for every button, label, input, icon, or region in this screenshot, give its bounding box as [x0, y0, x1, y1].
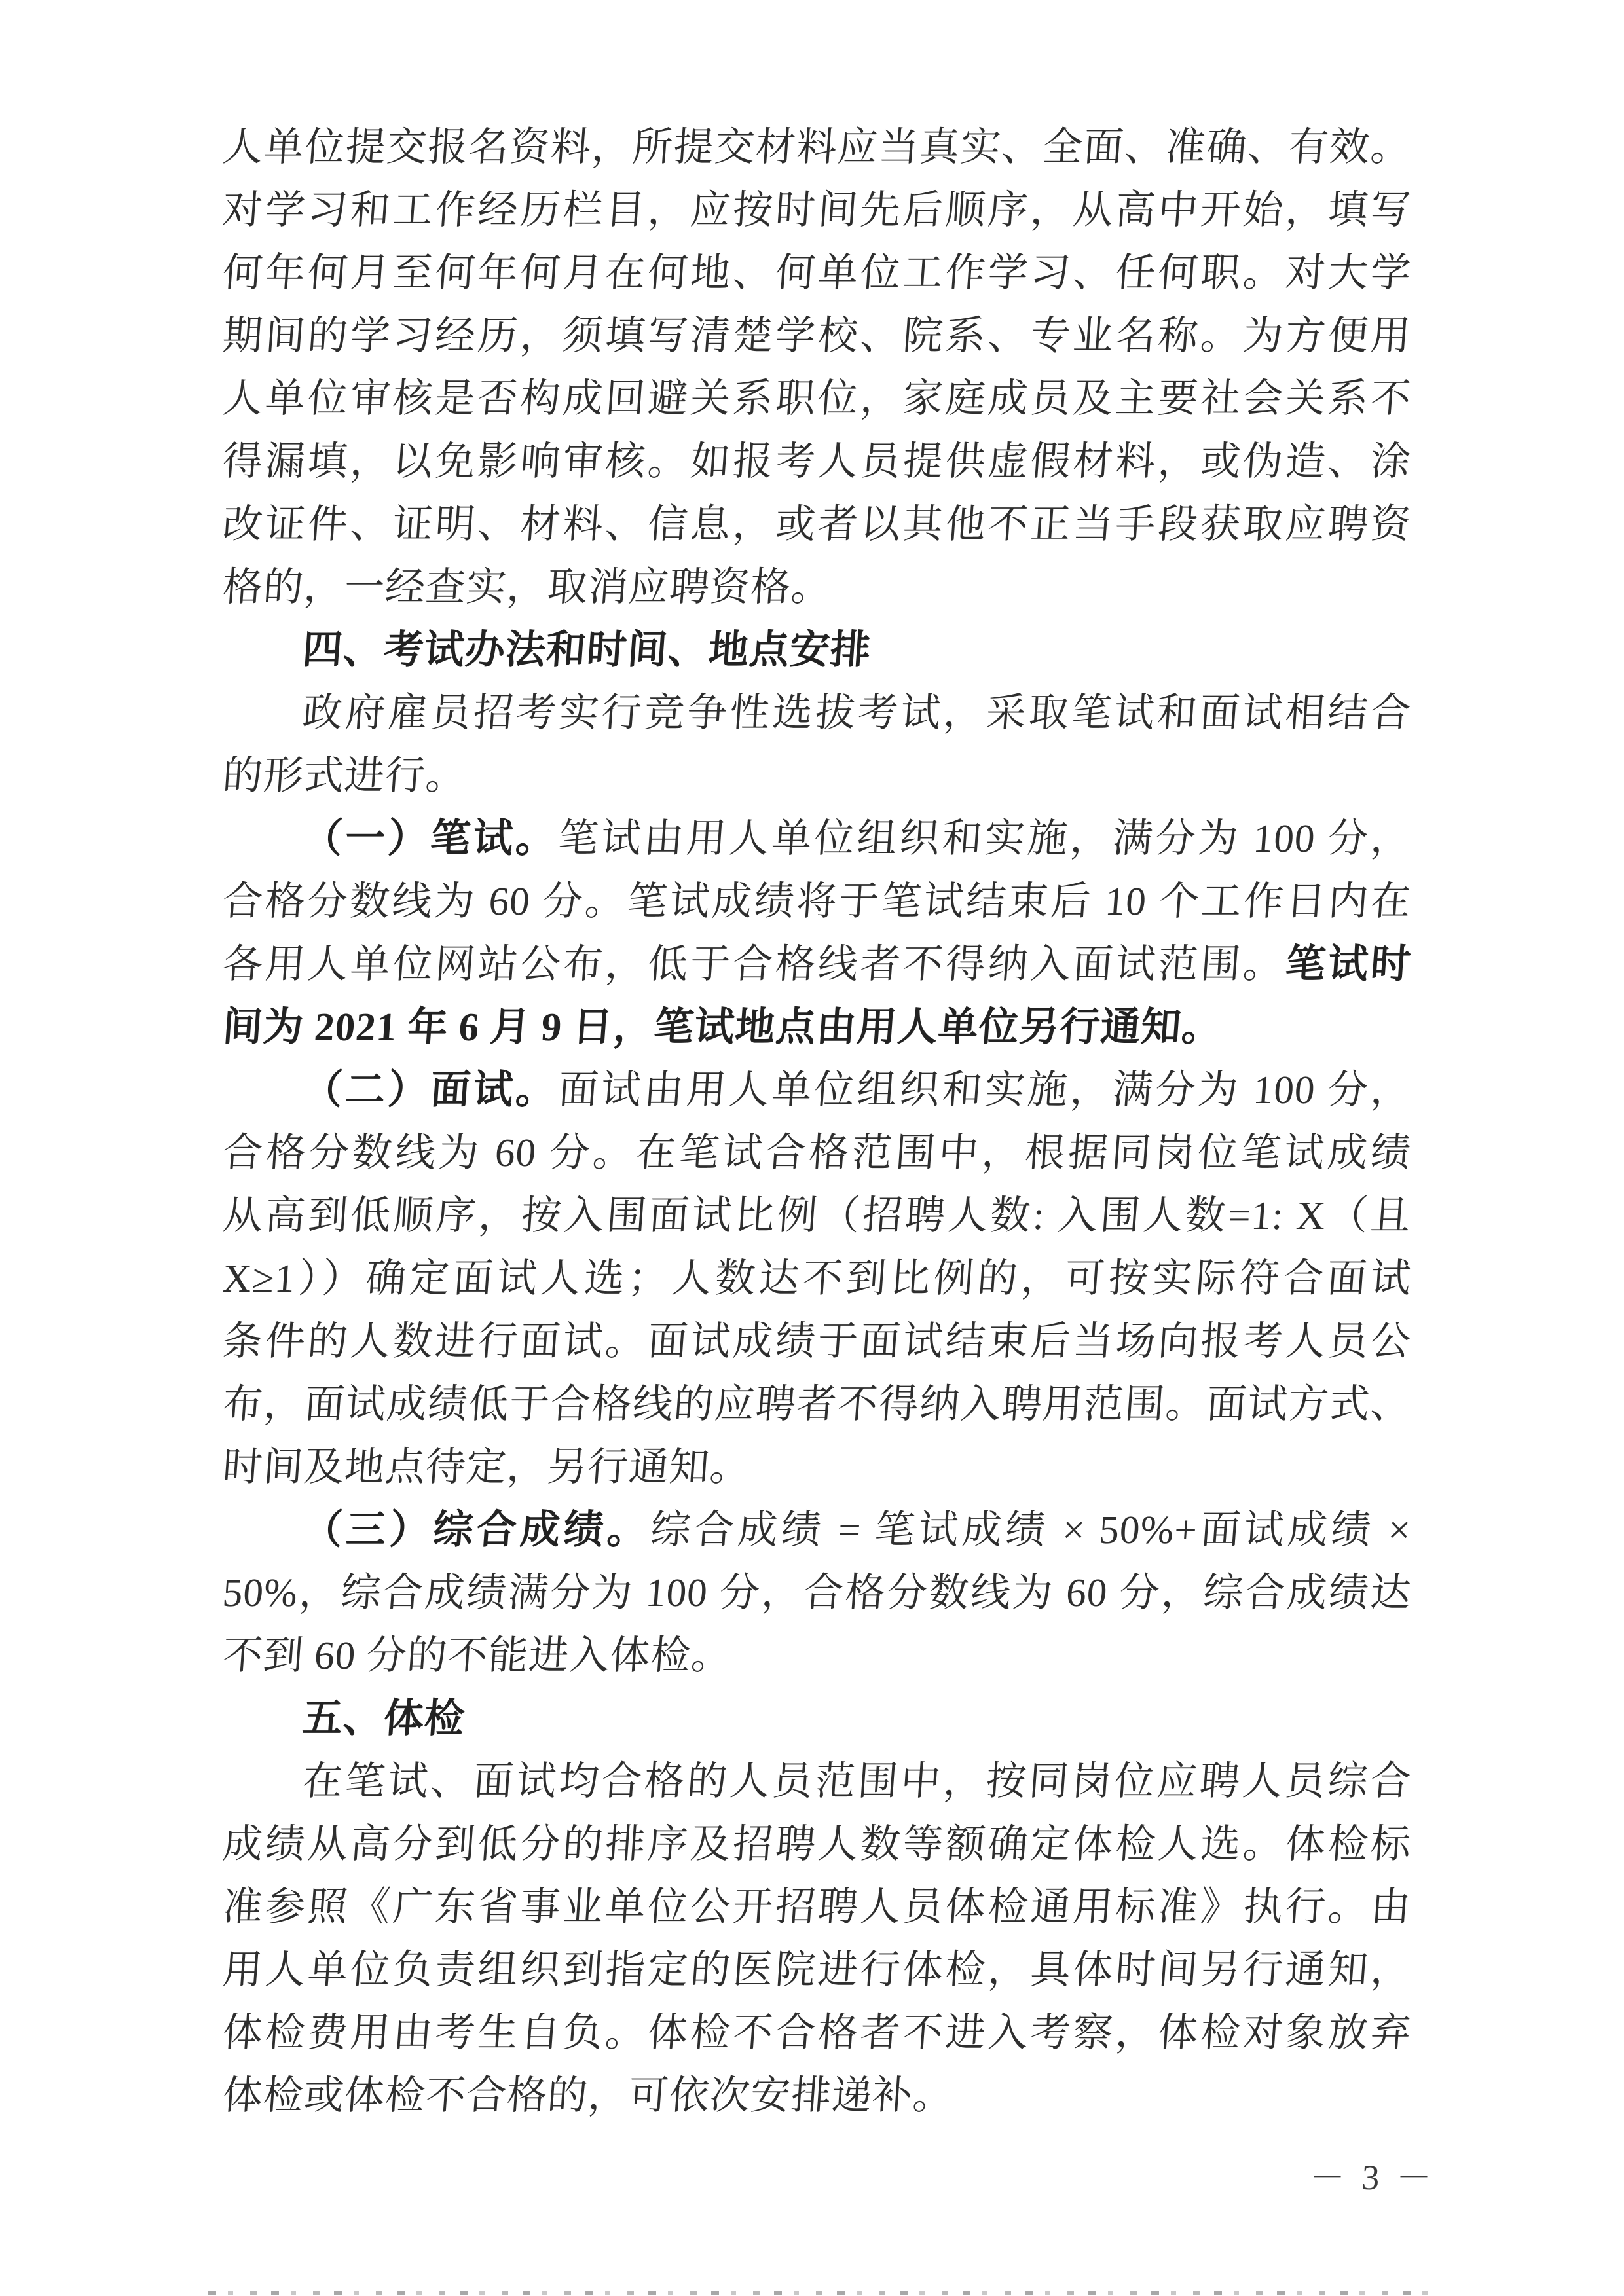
text-line: 间为 2021 年 6 月 9 日，笔试地点由用人单位另行通知。 [221, 996, 1414, 1059]
text-line: 期间的学习经历，须填写清楚学校、院系、专业名称。为方便用 [221, 305, 1414, 368]
cut-off-next-line-artifact [208, 2291, 1434, 2295]
text-line: 人单位审核是否构成回避关系职位，家庭成员及主要社会关系不 [221, 368, 1414, 431]
text-segment: 人单位审核是否构成回避关系职位，家庭成员及主要社会关系不 [221, 377, 1413, 421]
text-line: 格的，一经查实，取消应聘资格。 [221, 556, 1414, 619]
text-line: 不到 60 分的不能进入体检。 [221, 1625, 1414, 1688]
text-segment: 各用人单位网站公布，低于合格线者不得纳入面试范围。 [221, 943, 1287, 987]
text-segment: 政府雇员招考实行竞争性选拔考试，采取笔试和面试相结合 [301, 691, 1413, 735]
text-line: 布，面试成绩低于合格线的应聘者不得纳入聘用范围。面试方式、 [221, 1374, 1414, 1436]
text-segment: 体检费用由考生自负。体检不合格者不进入考察，体检对象放弃 [221, 2011, 1413, 2055]
text-line: 人单位提交报名资料，所提交材料应当真实、全面、准确、有效。 [221, 117, 1414, 179]
text-line: 对学习和工作经历栏目，应按时间先后顺序，从高中开始，填写 [221, 179, 1414, 242]
text-segment: 布，面试成绩低于合格线的应聘者不得纳入聘用范围。面试方式、 [221, 1383, 1413, 1427]
text-segment: 准参照《广东省事业单位公开招聘人员体检通用标准》执行。由 [221, 1886, 1413, 1929]
text-segment: 从高到低顺序，按入围面试比例（招聘人数: 入围人数=1: X（且 [221, 1194, 1413, 1238]
text-segment: 50%，综合成绩满分为 100 分，合格分数线为 60 分，综合成绩达 [221, 1571, 1413, 1615]
text-line: 体检费用由考生自负。体检不合格者不进入考察，体检对象放弃 [221, 2002, 1414, 2065]
text-segment: 合格分数线为 60 分。笔试成绩将于笔试结束后 10 个工作日内在 [221, 880, 1413, 924]
text-line: 改证件、证明、材料、信息，或者以其他不正当手段获取应聘资 [221, 494, 1414, 556]
text-line: 五、体检 [221, 1688, 1414, 1751]
bold-text-segment: 笔试时 [1284, 943, 1413, 987]
text-line: 50%，综合成绩满分为 100 分，合格分数线为 60 分，综合成绩达 [221, 1562, 1414, 1625]
bold-text-segment: 四、考试办法和时间、地点安排 [301, 629, 873, 672]
text-line: 政府雇员招考实行竞争性选拔考试，采取笔试和面试相结合 [221, 682, 1414, 745]
scanned-document-page: 人单位提交报名资料，所提交材料应当真实、全面、准确、有效。对学习和工作经历栏目，… [0, 0, 1624, 2296]
text-line: 在笔试、面试均合格的人员范围中，按同岗位应聘人员综合 [221, 1751, 1414, 1813]
document-body: 人单位提交报名资料，所提交材料应当真实、全面、准确、有效。对学习和工作经历栏目，… [223, 117, 1411, 2128]
text-line: （一）笔试。笔试由用人单位组织和实施，满分为 100 分， [221, 808, 1414, 871]
text-segment: 格的，一经查实，取消应聘资格。 [221, 566, 834, 610]
text-segment: 用人单位负责组织到指定的医院进行体检，具体时间另行通知， [221, 1948, 1413, 1992]
text-line: （三）综合成绩。综合成绩 = 笔试成绩 × 50%+面试成绩 × [221, 1499, 1414, 1562]
text-line: 体检或体检不合格的，可依次安排递补。 [221, 2065, 1414, 2128]
text-segment: 综合成绩 = 笔试成绩 × 50%+面试成绩 × [649, 1508, 1412, 1552]
text-segment: 得漏填，以免影响审核。如报考人员提供虚假材料，或伪造、涂 [221, 440, 1413, 484]
text-line: 成绩从高分到低分的排序及招聘人数等额确定体检人选。体检标 [221, 1813, 1414, 1876]
text-segment: 何年何月至何年何月在何地、何单位工作学习、任何职。对大学 [221, 251, 1413, 295]
bold-text-segment: 五、体检 [301, 1697, 467, 1741]
page-number: － 3 － [1308, 2158, 1436, 2197]
text-line: 合格分数线为 60 分。在笔试合格范围中，根据同岗位笔试成绩 [221, 1122, 1414, 1185]
text-segment: 合格分数线为 60 分。在笔试合格范围中，根据同岗位笔试成绩 [221, 1131, 1413, 1175]
text-segment: 的形式进行。 [221, 754, 468, 798]
text-line: （二）面试。面试由用人单位组织和实施，满分为 100 分， [221, 1059, 1414, 1122]
text-segment: X≥1））确定面试人选；人数达不到比例的，可按实际符合面试 [221, 1257, 1413, 1301]
text-segment: 不到 60 分的不能进入体检。 [221, 1634, 733, 1678]
text-line: 用人单位负责组织到指定的医院进行体检，具体时间另行通知， [221, 1939, 1414, 2002]
text-segment: 时间及地点待定，另行通知。 [221, 1446, 752, 1489]
text-line: 时间及地点待定，另行通知。 [221, 1436, 1414, 1499]
text-line: 从高到低顺序，按入围面试比例（招聘人数: 入围人数=1: X（且 [221, 1185, 1414, 1248]
text-segment: 在笔试、面试均合格的人员范围中，按同岗位应聘人员综合 [301, 1760, 1413, 1804]
text-line: 条件的人数进行面试。面试成绩于面试结束后当场向报考人员公 [221, 1311, 1414, 1374]
bold-text-segment: 间为 2021 年 6 月 9 日，笔试地点由用人单位另行通知。 [221, 1006, 1224, 1049]
text-line: 各用人单位网站公布，低于合格线者不得纳入面试范围。笔试时 [221, 934, 1414, 996]
bold-text-segment: （一）笔试。 [301, 817, 560, 861]
text-line: 合格分数线为 60 分。笔试成绩将于笔试结束后 10 个工作日内在 [221, 871, 1414, 934]
text-segment: 笔试由用人单位组织和实施，满分为 100 分， [557, 817, 1412, 861]
text-segment: 改证件、证明、材料、信息，或者以其他不正当手段获取应聘资 [221, 503, 1413, 547]
text-segment: 体检或体检不合格的，可依次安排递补。 [221, 2074, 955, 2118]
text-line: X≥1））确定面试人选；人数达不到比例的，可按实际符合面试 [221, 1248, 1414, 1311]
text-line: 得漏填，以免影响审核。如报考人员提供虚假材料，或伪造、涂 [221, 431, 1414, 494]
text-segment: 条件的人数进行面试。面试成绩于面试结束后当场向报考人员公 [221, 1320, 1413, 1364]
text-line: 准参照《广东省事业单位公开招聘人员体检通用标准》执行。由 [221, 1876, 1414, 1939]
text-segment: 面试由用人单位组织和实施，满分为 100 分， [557, 1068, 1412, 1112]
text-line: 的形式进行。 [221, 745, 1414, 808]
bold-text-segment: （二）面试。 [301, 1068, 560, 1112]
text-segment: 人单位提交报名资料，所提交材料应当真实、全面、准确、有效。 [221, 126, 1413, 170]
text-segment: 成绩从高分到低分的排序及招聘人数等额确定体检人选。体检标 [221, 1823, 1413, 1867]
text-segment: 对学习和工作经历栏目，应按时间先后顺序，从高中开始，填写 [221, 189, 1413, 232]
text-line: 何年何月至何年何月在何地、何单位工作学习、任何职。对大学 [221, 242, 1414, 305]
bold-text-segment: （三）综合成绩。 [301, 1508, 652, 1552]
text-line: 四、考试办法和时间、地点安排 [221, 619, 1414, 682]
text-segment: 期间的学习经历，须填写清楚学校、院系、专业名称。为方便用 [221, 314, 1413, 358]
